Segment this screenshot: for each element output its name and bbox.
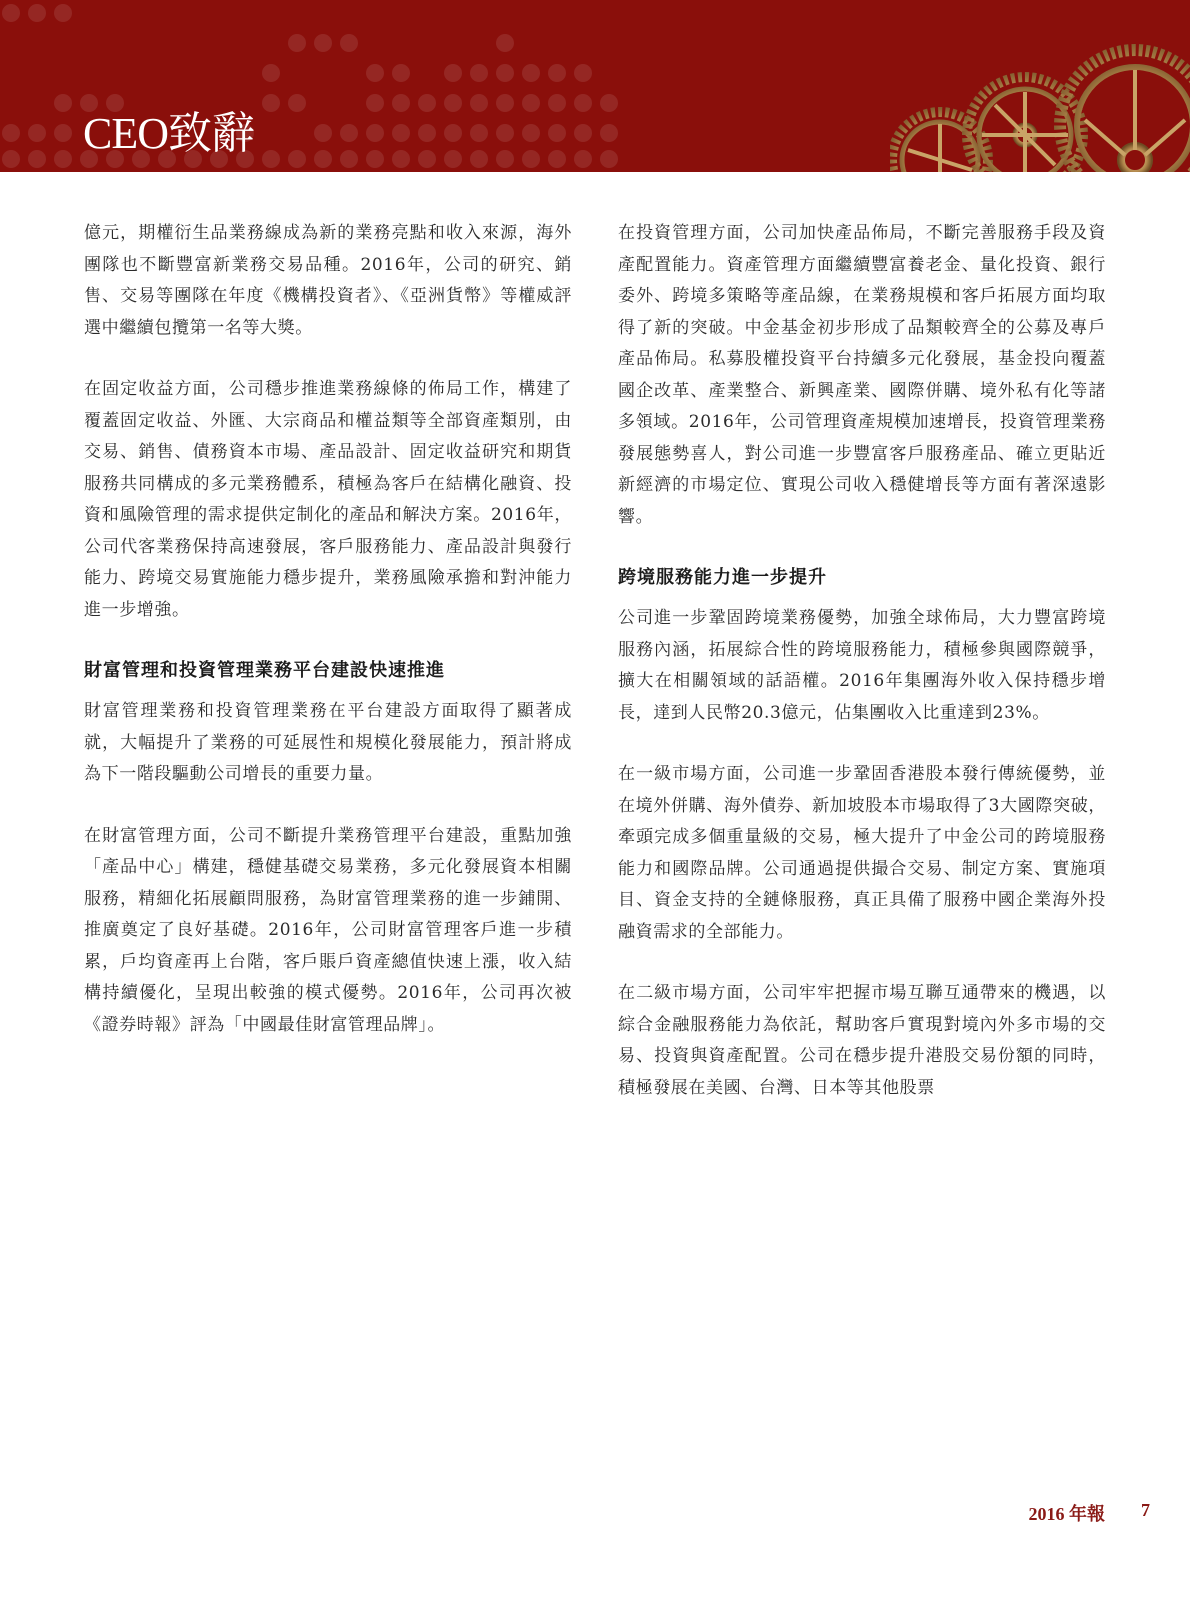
annual-report-label: 2016 年報 xyxy=(1029,1500,1106,1526)
paragraph: 財富管理業務和投資管理業務在平台建設方面取得了顯著成就，大幅提升了業務的可延展性… xyxy=(84,696,572,791)
dot-decoration xyxy=(444,124,462,142)
dot-decoration xyxy=(470,64,488,82)
dot-decoration xyxy=(418,150,436,168)
dot-decoration xyxy=(54,94,72,112)
dot-decoration xyxy=(54,4,72,22)
dot-decoration xyxy=(392,64,410,82)
dot-decoration xyxy=(366,124,384,142)
dot-decoration xyxy=(496,124,514,142)
dot-decoration xyxy=(366,94,384,112)
dot-decoration xyxy=(574,94,592,112)
paragraph: 在一級市場方面，公司進一步鞏固香港股本發行傳統優勢，並在境外併購、海外債券、新加… xyxy=(618,759,1106,948)
page-number: 7 xyxy=(1141,1500,1150,1526)
dot-decoration xyxy=(444,64,462,82)
paragraph: 在財富管理方面，公司不斷提升業務管理平台建設，重點加強「產品中心」構建，穩健基礎… xyxy=(84,821,572,1042)
dot-decoration xyxy=(314,150,332,168)
dot-decoration xyxy=(262,150,280,168)
dot-decoration xyxy=(418,94,436,112)
dot-decoration xyxy=(54,150,72,168)
dot-decoration xyxy=(314,34,332,52)
dot-decoration xyxy=(600,124,618,142)
dot-decoration xyxy=(28,124,46,142)
dot-decoration xyxy=(548,124,566,142)
dot-decoration xyxy=(28,150,46,168)
dot-decoration xyxy=(366,64,384,82)
dot-decoration xyxy=(496,64,514,82)
dot-decoration xyxy=(288,34,306,52)
dot-decoration xyxy=(288,94,306,112)
dot-decoration xyxy=(340,150,358,168)
dot-decoration xyxy=(340,124,358,142)
dot-decoration xyxy=(522,64,540,82)
page-title: CEO致辭 xyxy=(83,108,254,160)
dot-decoration xyxy=(444,94,462,112)
dot-decoration xyxy=(262,64,280,82)
dot-decoration xyxy=(600,94,618,112)
dot-decoration xyxy=(470,150,488,168)
dot-decoration xyxy=(522,150,540,168)
paragraph: 公司進一步鞏固跨境業務優勢，加強全球佈局，大力豐富跨境服務內涵，拓展綜合性的跨境… xyxy=(618,603,1106,729)
dot-decoration xyxy=(288,150,306,168)
dot-decoration xyxy=(548,150,566,168)
section-heading: 財富管理和投資管理業務平台建設快速推進 xyxy=(84,656,572,686)
dot-decoration xyxy=(392,150,410,168)
dot-decoration xyxy=(262,94,280,112)
dot-decoration xyxy=(2,4,20,22)
dot-decoration xyxy=(418,124,436,142)
dot-decoration xyxy=(28,4,46,22)
paragraph: 億元，期權衍生品業務線成為新的業務亮點和收入來源，海外團隊也不斷豐富新業務交易品… xyxy=(84,218,572,344)
header-banner: CEO致辭 xyxy=(0,0,1190,172)
dot-decoration xyxy=(522,124,540,142)
dot-decoration xyxy=(366,150,384,168)
paragraph: 在固定收益方面，公司穩步推進業務線條的佈局工作，構建了覆蓋固定收益、外匯、大宗商… xyxy=(84,374,572,626)
dot-decoration xyxy=(2,150,20,168)
dot-decoration xyxy=(574,150,592,168)
dot-decoration xyxy=(470,94,488,112)
dot-decoration xyxy=(548,64,566,82)
dot-decoration xyxy=(392,94,410,112)
dot-decoration xyxy=(444,150,462,168)
dot-decoration xyxy=(54,124,72,142)
gears-icon xyxy=(890,40,1190,172)
dot-decoration xyxy=(600,150,618,168)
dot-decoration xyxy=(392,124,410,142)
dot-decoration xyxy=(548,94,566,112)
dot-decoration xyxy=(470,124,488,142)
dot-decoration xyxy=(496,34,514,52)
dot-decoration xyxy=(574,124,592,142)
dot-decoration xyxy=(522,94,540,112)
page-footer: 2016 年報 7 xyxy=(1029,1500,1151,1526)
paragraph: 在二級市場方面，公司牢牢把握市場互聯互通帶來的機遇，以綜合金融服務能力為依託，幫… xyxy=(618,978,1106,1104)
left-column: 億元，期權衍生品業務線成為新的業務亮點和收入來源，海外團隊也不斷豐富新業務交易品… xyxy=(84,218,572,1071)
right-column: 在投資管理方面，公司加快產品佈局，不斷完善服務手段及資產配置能力。資產管理方面繼… xyxy=(618,218,1106,1134)
dot-decoration xyxy=(314,124,332,142)
dot-decoration xyxy=(496,94,514,112)
dot-decoration xyxy=(340,34,358,52)
section-heading: 跨境服務能力進一步提升 xyxy=(618,563,1106,593)
dot-decoration xyxy=(574,64,592,82)
paragraph: 在投資管理方面，公司加快產品佈局，不斷完善服務手段及資產配置能力。資產管理方面繼… xyxy=(618,218,1106,533)
dot-decoration xyxy=(496,150,514,168)
dot-decoration xyxy=(2,124,20,142)
